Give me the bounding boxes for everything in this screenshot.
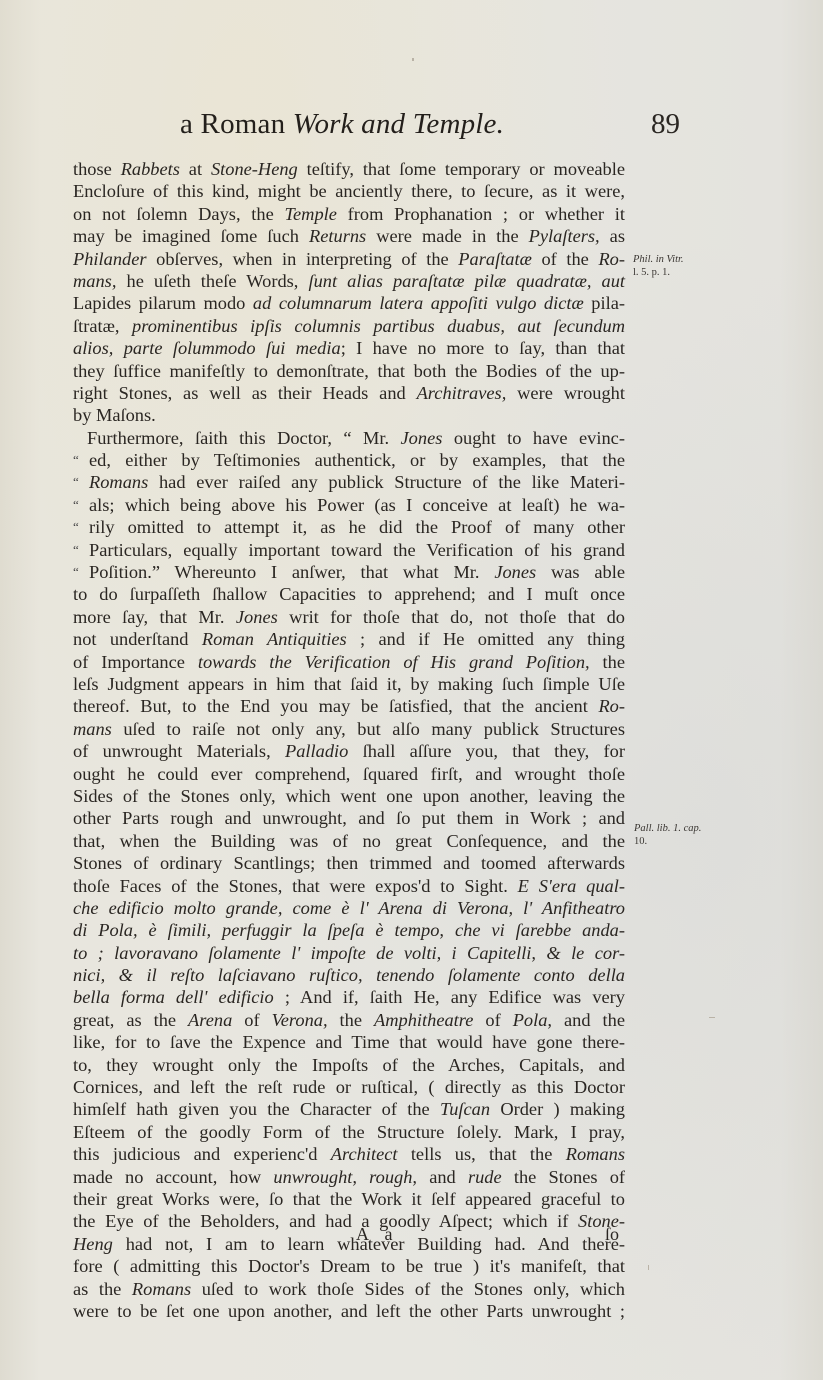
- italic-text: Romans: [89, 472, 148, 492]
- signature-mark: A a: [356, 1224, 399, 1245]
- roman-text: and the: [552, 1010, 625, 1030]
- roman-text: himſelf hath given you the Character of …: [73, 1099, 440, 1119]
- text-line: mans uſed to raiſe not only any, but alſ…: [73, 718, 625, 740]
- roman-text: teſtify, that ſome temporary or moveable: [298, 159, 625, 179]
- roman-text: were wrought: [506, 383, 625, 403]
- roman-text: this judicious and experienc'd: [73, 1144, 331, 1164]
- roman-text: other Parts rough and unwrought, and ſo …: [73, 808, 625, 828]
- roman-text: as the: [73, 1279, 132, 1299]
- roman-text: to, they wrought only the Impoſts of the…: [73, 1055, 625, 1075]
- roman-text: from Prophanation ; or whether it: [337, 204, 625, 224]
- text-line: great, as the Arena of Verona, the Amphi…: [73, 1009, 625, 1031]
- quotation-mark: “: [73, 516, 89, 538]
- text-line: more ſay, that Mr. Jones writ for thoſe …: [73, 606, 625, 628]
- italic-text: Romans: [132, 1279, 191, 1299]
- roman-text: ; I have no more to ſay, than that: [341, 338, 625, 358]
- roman-text: that, when the Building was of no great …: [73, 831, 625, 851]
- quotation-mark: “: [73, 449, 89, 471]
- text-line: those Rabbets at Stone-Heng teſtify, tha…: [73, 158, 625, 180]
- text-line: Eſteem of the goodly Form of the Structu…: [73, 1121, 625, 1143]
- italic-text: Verona,: [272, 1010, 328, 1030]
- roman-text: Encloſure of this kind, might be ancient…: [73, 181, 625, 201]
- roman-text: as: [600, 226, 625, 246]
- roman-text: were made in the: [366, 226, 528, 246]
- text-line: Lapides pilarum modo ad columnarum later…: [73, 292, 625, 314]
- roman-text: ſtratæ,: [73, 316, 132, 336]
- text-line: made no account, how unwrought, rough, a…: [73, 1166, 625, 1188]
- paper-speck: [709, 1017, 715, 1018]
- text-line: to do ſurpaſſeth ſhallow Capacities to a…: [73, 583, 625, 605]
- roman-text: by Maſons.: [73, 405, 156, 425]
- text-line: right Stones, as well as their Heads and…: [73, 382, 625, 404]
- roman-text: he uſeth theſe Words,: [116, 271, 308, 291]
- text-line: to, they wrought only the Impoſts of the…: [73, 1054, 625, 1076]
- roman-text: Stones of ordinary Scantlings; then trim…: [73, 853, 625, 873]
- roman-text: were to be ſet one upon another, and lef…: [73, 1301, 625, 1321]
- text-line: like, for to ſave the Expence and Time t…: [73, 1031, 625, 1053]
- italic-text: Returns: [309, 226, 366, 246]
- text-line: mans, he uſeth theſe Words, ſunt alias p…: [73, 270, 625, 292]
- margin-note-line: Phil. in Vitr.: [633, 253, 684, 266]
- italic-text: Jones: [236, 607, 278, 627]
- text-line: nici, & il reſto laſciavano ruſtico, ten…: [73, 964, 625, 986]
- roman-text: ought to have evinc-: [442, 428, 625, 448]
- text-line: “als; which being above his Power (as I …: [73, 494, 625, 516]
- roman-text: ; And if, ſaith He, any Edifice was very: [274, 987, 625, 1007]
- italic-text: E S'era qual-: [518, 876, 625, 896]
- roman-text: those: [73, 159, 121, 179]
- roman-text: Order ) making: [490, 1099, 625, 1119]
- text-line: their great Works were, ſo that the Work…: [73, 1188, 625, 1210]
- roman-text: of Importance: [73, 652, 198, 672]
- italic-text: bella forma dell' edificio: [73, 987, 274, 1007]
- roman-text: of unwrought Materials,: [73, 741, 285, 761]
- roman-text: the: [590, 652, 625, 672]
- quotation-mark: “: [73, 494, 89, 516]
- roman-text: of the: [532, 249, 599, 269]
- roman-text: Furthermore, ſaith this Doctor, “ Mr.: [87, 428, 401, 448]
- page-header: a Roman Work and Temple. 89: [0, 108, 823, 148]
- paper-speck: [648, 1265, 649, 1270]
- roman-text: great, as the: [73, 1010, 188, 1030]
- roman-text: the: [328, 1010, 374, 1030]
- text-line: were to be ſet one upon another, and lef…: [73, 1300, 625, 1322]
- italic-text: ad columnarum latera appoſiti vulgo dict…: [253, 293, 584, 313]
- italic-text: Palladio: [285, 741, 348, 761]
- roman-text: the Stones of: [502, 1167, 625, 1187]
- scanned-book-page: a Roman Work and Temple. 89 those Rabbet…: [0, 0, 823, 1380]
- text-line: leſs Judgment appears in him that ſaid i…: [73, 673, 625, 695]
- roman-text: Eſteem of the goodly Form of the Structu…: [73, 1122, 625, 1142]
- text-line: “ed, either by Teſtimonies authentick, o…: [73, 449, 625, 471]
- italic-text: Capitelli,: [467, 943, 536, 963]
- roman-text: was able: [536, 562, 625, 582]
- italic-text: Pola,: [513, 1010, 552, 1030]
- roman-text: their great Works were, ſo that the Work…: [73, 1189, 625, 1209]
- roman-text: may be imagined ſome ſuch: [73, 226, 309, 246]
- quotation-mark: “: [73, 539, 89, 561]
- italic-text: & le cor-: [536, 943, 625, 963]
- text-line: bella forma dell' edificio ; And if, ſai…: [73, 986, 625, 1008]
- italic-text: Romans: [566, 1144, 625, 1164]
- roman-text: to do ſurpaſſeth ſhallow Capacities to a…: [73, 584, 625, 604]
- text-line: “Particulars, equally important toward t…: [73, 539, 625, 561]
- catchword: ſo: [605, 1224, 619, 1245]
- text-line: that, when the Building was of no great …: [73, 830, 625, 852]
- text-line: as the Romans uſed to work thoſe Sides o…: [73, 1278, 625, 1300]
- italic-text: mans: [73, 719, 112, 739]
- text-line: of Importance towards the Verification o…: [73, 651, 625, 673]
- roman-text: uſed to work thoſe Sides of the Stones o…: [191, 1279, 625, 1299]
- text-line: fore ( admitting this Doctor's Dream to …: [73, 1255, 625, 1277]
- italic-text: Stone-Heng: [211, 159, 298, 179]
- italic-text: unwrought, rough,: [273, 1167, 417, 1187]
- paper-speck: [412, 58, 414, 61]
- roman-text: Particulars, equally important toward th…: [89, 540, 625, 560]
- roman-text: at: [180, 159, 211, 179]
- quotation-mark: “: [73, 561, 89, 583]
- roman-text: Poſition.” Whereunto I anſwer, that what…: [89, 562, 494, 582]
- italic-text: Architraves,: [417, 383, 507, 403]
- italic-text: Pylaſters,: [529, 226, 600, 246]
- text-line: this judicious and experienc'd Architect…: [73, 1143, 625, 1165]
- roman-text: uſed to raiſe not only any, but alſo man…: [112, 719, 625, 739]
- italic-text: rude: [468, 1167, 502, 1187]
- roman-text: leſs Judgment appears in him that ſaid i…: [73, 674, 625, 694]
- margin-note-philander: Phil. in Vitr. l. 5. p. 1.: [633, 253, 684, 279]
- roman-text: right Stones, as well as their Heads and: [73, 383, 417, 403]
- running-title-italic: Work and Temple.: [293, 108, 504, 140]
- roman-text: Sides of the Stones only, which went one…: [73, 786, 625, 806]
- roman-text: writ for thoſe that do, not thoſe that d…: [278, 607, 625, 627]
- roman-text: ought he could ever comprehend, ſquared …: [73, 764, 625, 784]
- text-line: “Romans had ever raiſed any publick Stru…: [73, 471, 625, 493]
- roman-text: and: [417, 1167, 468, 1187]
- roman-text: not underſtand: [73, 629, 202, 649]
- text-line: Sides of the Stones only, which went one…: [73, 785, 625, 807]
- text-line: to ; lavoravano ſolamente l' impoſte de …: [73, 942, 625, 964]
- margin-note-palladio: Pall. lib. 1. cap. 10.: [634, 822, 701, 848]
- roman-text: Lapides pilarum modo: [73, 293, 253, 313]
- roman-text: tells us, that the: [398, 1144, 566, 1164]
- text-line: ought he could ever comprehend, ſquared …: [73, 763, 625, 785]
- italic-text: Philander: [73, 249, 147, 269]
- roman-text: Cornices, and left the reſt rude or ruſt…: [73, 1077, 625, 1097]
- text-line: on not ſolemn Days, the Temple from Prop…: [73, 203, 625, 225]
- italic-text: Amphitheatre: [374, 1010, 473, 1030]
- roman-text: of: [232, 1010, 271, 1030]
- roman-text: they ſuffice manifeſtly to demonſtrate, …: [73, 361, 625, 381]
- text-line: not underſtand Roman Antiquities ; and i…: [73, 628, 625, 650]
- italic-text: Paraſtatæ: [458, 249, 532, 269]
- roman-text: thoſe Faces of the Stones, that were exp…: [73, 876, 518, 896]
- italic-text: Tuſcan: [440, 1099, 490, 1119]
- text-line: himſelf hath given you the Character of …: [73, 1098, 625, 1120]
- text-line: “rily omitted to attempt it, as he did t…: [73, 516, 625, 538]
- text-line: Philander obſerves, when in interpreting…: [73, 248, 625, 270]
- roman-text: ſhall aſſure you, that they, for: [348, 741, 625, 761]
- roman-text: pila-: [584, 293, 625, 313]
- roman-text: of: [473, 1010, 512, 1030]
- roman-text: made no account, how: [73, 1167, 273, 1187]
- text-line: Furthermore, ſaith this Doctor, “ Mr. Jo…: [73, 427, 625, 449]
- italic-text: Architect: [331, 1144, 398, 1164]
- roman-text: obſerves, when in interpreting of the: [147, 249, 459, 269]
- italic-text: Roman Antiquities: [202, 629, 347, 649]
- text-line: may be imagined ſome ſuch Returns were m…: [73, 225, 625, 247]
- text-line: di Pola, è ſimili, perfuggir la ſpeſa è …: [73, 919, 625, 941]
- text-line: thereof. But, to the End you may be ſati…: [73, 695, 625, 717]
- italic-text: Temple: [284, 204, 336, 224]
- quotation-mark: “: [73, 471, 89, 493]
- text-line: they ſuffice manifeſtly to demonſtrate, …: [73, 360, 625, 382]
- page-footer: A a ſo: [0, 1224, 823, 1248]
- text-line: “Poſition.” Whereunto I anſwer, that wha…: [73, 561, 625, 583]
- italic-text: nici, & il reſto laſciavano ruſtico, ten…: [73, 965, 625, 985]
- roman-text: ed, either by Teſtimonies authentick, or…: [89, 450, 625, 470]
- text-line: alios, parte ſolummodo ſui media; I have…: [73, 337, 625, 359]
- text-line: of unwrought Materials, Palladio ſhall a…: [73, 740, 625, 762]
- italic-text: Jones: [401, 428, 443, 448]
- italic-text: Arena: [188, 1010, 232, 1030]
- text-line: other Parts rough and unwrought, and ſo …: [73, 807, 625, 829]
- text-line: Encloſure of this kind, might be ancient…: [73, 180, 625, 202]
- text-line: che edificio molto grande, come è l' Are…: [73, 897, 625, 919]
- margin-note-line: l. 5. p. 1.: [633, 266, 684, 279]
- italic-text: Jones: [494, 562, 536, 582]
- italic-text: che edificio molto grande, come è l' Are…: [73, 898, 625, 918]
- running-title-roman: a Roman: [180, 108, 293, 140]
- text-line: Cornices, and left the reſt rude or ruſt…: [73, 1076, 625, 1098]
- italic-text: Ro-: [598, 249, 625, 269]
- italic-text: prominentibus ipſis columnis partibus du…: [132, 316, 625, 336]
- roman-text: fore ( admitting this Doctor's Dream to …: [73, 1256, 625, 1276]
- roman-text: ; and if He omitted any thing: [347, 629, 625, 649]
- text-line: thoſe Faces of the Stones, that were exp…: [73, 875, 625, 897]
- roman-text: had ever raiſed any publick Structure of…: [148, 472, 625, 492]
- roman-text: more ſay, that Mr.: [73, 607, 236, 627]
- italic-text: Ro-: [598, 696, 625, 716]
- text-line: Stones of ordinary Scantlings; then trim…: [73, 852, 625, 874]
- roman-text: on not ſolemn Days, the: [73, 204, 284, 224]
- margin-note-line: Pall. lib. 1. cap.: [634, 822, 701, 835]
- running-title: a Roman Work and Temple.: [180, 108, 504, 141]
- roman-text: als; which being above his Power (as I c…: [89, 495, 625, 515]
- italic-text: alios, parte ſolummodo ſui media: [73, 338, 341, 358]
- italic-text: mans,: [73, 271, 116, 291]
- italic-text: to ; lavoravano ſolamente l' impoſte de …: [73, 943, 467, 963]
- text-line: ſtratæ, prominentibus ipſis columnis par…: [73, 315, 625, 337]
- italic-text: ſunt alias paraſtatæ pilæ quadratæ, aut: [308, 271, 625, 291]
- text-line: by Maſons.: [73, 404, 625, 426]
- margin-note-line: 10.: [634, 835, 701, 848]
- italic-text: di Pola, è ſimili, perfuggir la ſpeſa è …: [73, 920, 625, 940]
- roman-text: like, for to ſave the Expence and Time t…: [73, 1032, 625, 1052]
- roman-text: rily omitted to attempt it, as he did th…: [89, 517, 625, 537]
- italic-text: towards the Verification of His grand Po…: [198, 652, 590, 672]
- italic-text: Rabbets: [121, 159, 180, 179]
- roman-text: thereof. But, to the End you may be ſati…: [73, 696, 598, 716]
- page-number: 89: [651, 108, 680, 141]
- body-text: those Rabbets at Stone-Heng teſtify, tha…: [73, 158, 625, 1322]
